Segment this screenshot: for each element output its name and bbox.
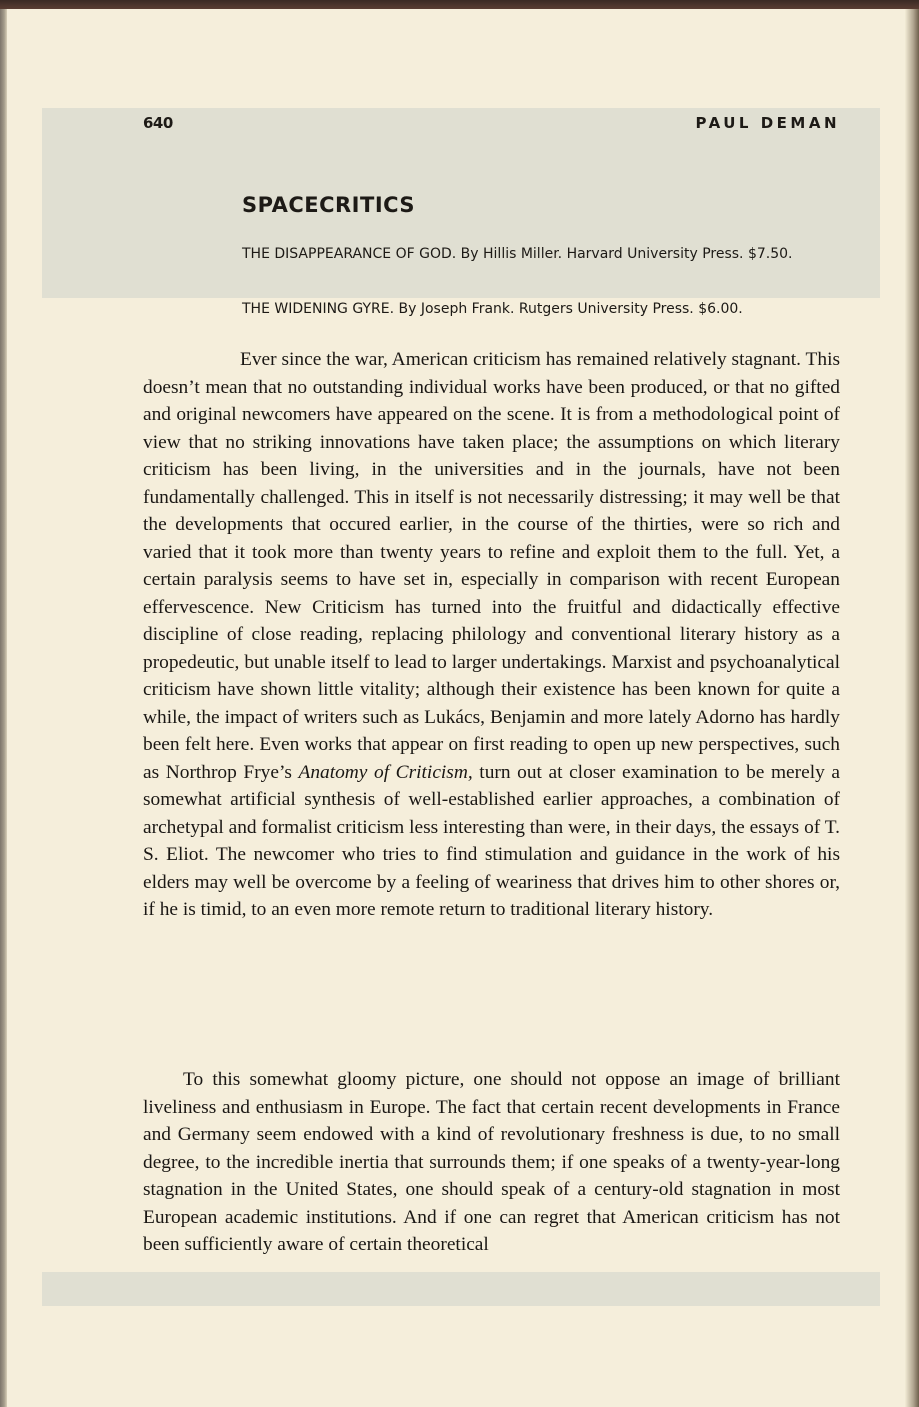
body-paragraph-1: Ever since the war, American criticism h… (143, 346, 840, 924)
italic-book-title: Anatomy of Criticism, (298, 762, 472, 783)
paragraph-1-text-b: turn out at closer examination to be mer… (143, 762, 840, 921)
book-citation-2: THE WIDENING GYRE. By Joseph Frank. Rutg… (242, 299, 840, 320)
bleed-through-region-bottom (42, 1272, 880, 1306)
running-author: PAUL DEMAN (695, 114, 840, 132)
section-title: SPACECRITICS (242, 193, 415, 217)
page-number: 640 (143, 114, 173, 132)
book-citation-1: THE DISAPPEARANCE OF GOD. By Hillis Mill… (242, 244, 840, 265)
body-paragraph-2: To this somewhat gloomy picture, one sho… (143, 1066, 840, 1259)
page-right-shadow (905, 9, 919, 1407)
paragraph-1-text-a: Ever since the war, American criticism h… (143, 349, 840, 783)
bleed-through-region-top (42, 108, 880, 298)
book-top-edge (0, 0, 919, 9)
page-left-border (0, 9, 7, 1407)
paragraph-2-text: To this somewhat gloomy picture, one sho… (143, 1066, 840, 1259)
running-header: 640 PAUL DEMAN (143, 114, 840, 132)
